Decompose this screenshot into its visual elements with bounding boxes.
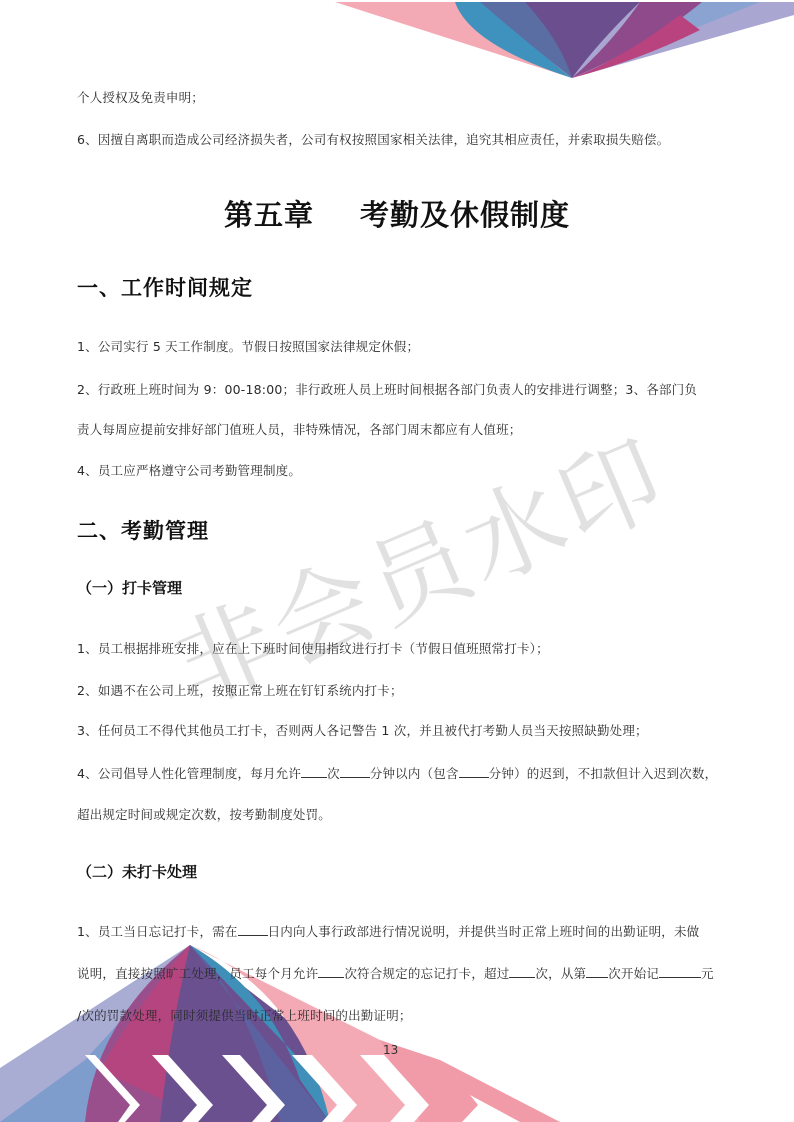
text-segment: 分钟以内（包含 bbox=[370, 766, 459, 781]
text-segment: 次 bbox=[327, 766, 340, 781]
carryover-item-6: 6、因擅自离职而造成公司经济损失者，公司有权按照国家相关法律，追究其相应责任，并… bbox=[77, 130, 720, 148]
list-item: 3、任何员工不得代其他员工打卡，否则两人各记警告 1 次，并且被代打考勤人员当天… bbox=[77, 721, 720, 739]
section-heading-work-hours: 一、工作时间规定 bbox=[77, 272, 253, 302]
fill-in-blank bbox=[659, 965, 701, 978]
fill-in-blank bbox=[340, 765, 370, 778]
document-page: 非会员水印 个人授权及免责申明； 6、因擅自离职而造成公司经济损失者，公司有权按… bbox=[0, 0, 794, 1122]
text-segment: 日内向人事行政部进行情况说明，并提供当时正常上班时间的出勤证明，未做 bbox=[268, 924, 700, 939]
list-item: 1、员工根据排班安排，应在上下班时间使用指纹进行打卡（节假日值班照常打卡）； bbox=[77, 639, 720, 657]
list-item-continuation: 超出规定时间或规定次数，按考勤制度处罚。 bbox=[77, 805, 720, 823]
fill-in-blank bbox=[318, 965, 344, 978]
text-segment: 分钟）的迟到，不扣款但计入迟到次数， bbox=[489, 766, 718, 781]
text-segment: 4、公司倡导人性化管理制度，每月允许 bbox=[77, 766, 301, 781]
text-segment: 次开始记 bbox=[608, 966, 659, 981]
chapter-name: 考勤及休假制度 bbox=[360, 198, 570, 232]
fill-in-blank bbox=[509, 965, 535, 978]
list-item: 1、公司实行 5 天工作制度。节假日按照国家法律规定休假； bbox=[77, 337, 720, 355]
list-item: 4、员工应严格遵守公司考勤管理制度。 bbox=[77, 461, 720, 479]
fill-in-blank bbox=[238, 923, 268, 936]
text-segment: 元 bbox=[701, 966, 714, 981]
list-item: 2、行政班上班时间为 9：00-18:00；非行政班人员上班时间根据各部门负责人… bbox=[77, 380, 720, 398]
fill-in-blank bbox=[301, 765, 327, 778]
chapter-title: 第五章考勤及休假制度 bbox=[0, 193, 794, 234]
carryover-line: 个人授权及免责申明； bbox=[77, 88, 720, 106]
list-item-with-blanks: 1、员工当日忘记打卡，需在日内向人事行政部进行情况说明，并提供当时正常上班时间的… bbox=[77, 922, 720, 940]
text-segment: 1、员工当日忘记打卡，需在 bbox=[77, 924, 238, 939]
text-segment: 说明，直接按照旷工处理，员工每个月允许 bbox=[77, 966, 318, 981]
list-item-continuation: /次的罚款处理，同时须提供当时正常上班时间的出勤证明； bbox=[77, 1006, 720, 1024]
list-item-with-blanks: 4、公司倡导人性化管理制度，每月允许次分钟以内（包含分钟）的迟到，不扣款但计入迟… bbox=[77, 764, 720, 782]
list-item: 责人每周应提前安排好部门值班人员，非特殊情况，各部门周末都应有人值班； bbox=[77, 420, 720, 438]
subsection-heading-clock-in: （一）打卡管理 bbox=[77, 577, 182, 598]
list-item-continuation: 说明，直接按照旷工处理，员工每个月允许次符合规定的忘记打卡，超过次，从第次开始记… bbox=[77, 964, 720, 982]
fill-in-blank bbox=[586, 965, 608, 978]
text-segment: 次符合规定的忘记打卡，超过 bbox=[344, 966, 509, 981]
fill-in-blank bbox=[459, 765, 489, 778]
chapter-number: 第五章 bbox=[224, 198, 314, 232]
text-segment: 次，从第 bbox=[535, 966, 586, 981]
section-heading-attendance: 二、考勤管理 bbox=[77, 515, 209, 545]
subsection-heading-missed-clock-in: （二）未打卡处理 bbox=[77, 861, 197, 882]
page-number: 13 bbox=[383, 1043, 398, 1057]
list-item: 2、如遇不在公司上班，按照正常上班在钉钉系统内打卡； bbox=[77, 681, 720, 699]
